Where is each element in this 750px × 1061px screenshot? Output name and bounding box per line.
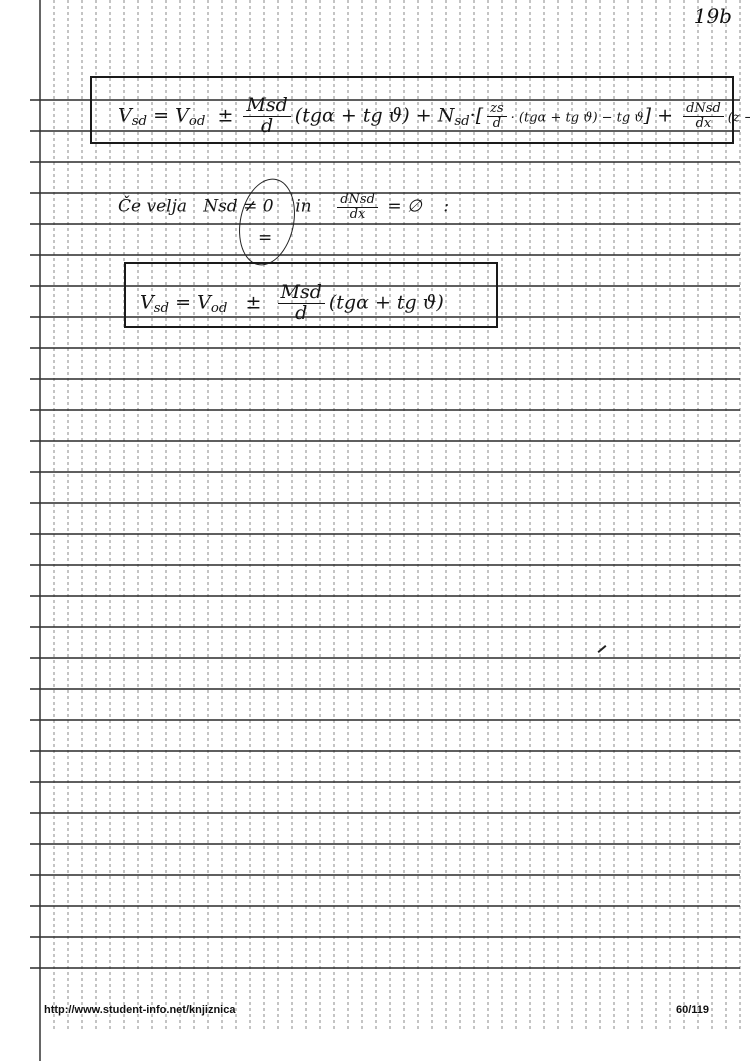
fraction-dnsd-dx: dNsddx (683, 102, 724, 130)
pen-mark (598, 645, 607, 653)
footer-page-counter: 60/119 (676, 1004, 709, 1016)
handwritten-page-number: 19b (694, 4, 732, 28)
main-formula: Vsd = Vod ± Msdd(tgα + tg ϑ) + Nsd·[zsd·… (118, 96, 750, 137)
fraction-zs-d: zsd (487, 102, 507, 130)
fraction-msd-d-simplified: Msdd (278, 283, 325, 324)
correction-circle (231, 173, 302, 270)
graph-paper-grid (0, 0, 750, 1061)
simplified-formula: Vsd = Vod ± Msdd(tgα + tg ϑ) (140, 283, 444, 324)
fraction-msd-d: Msdd (243, 96, 290, 137)
fraction-dnsd-dx-condition: dNsddx (337, 193, 378, 221)
footer-source-url[interactable]: http://www.student-info.net/knjiznica (44, 1004, 235, 1016)
correction-equals: = (258, 228, 272, 248)
